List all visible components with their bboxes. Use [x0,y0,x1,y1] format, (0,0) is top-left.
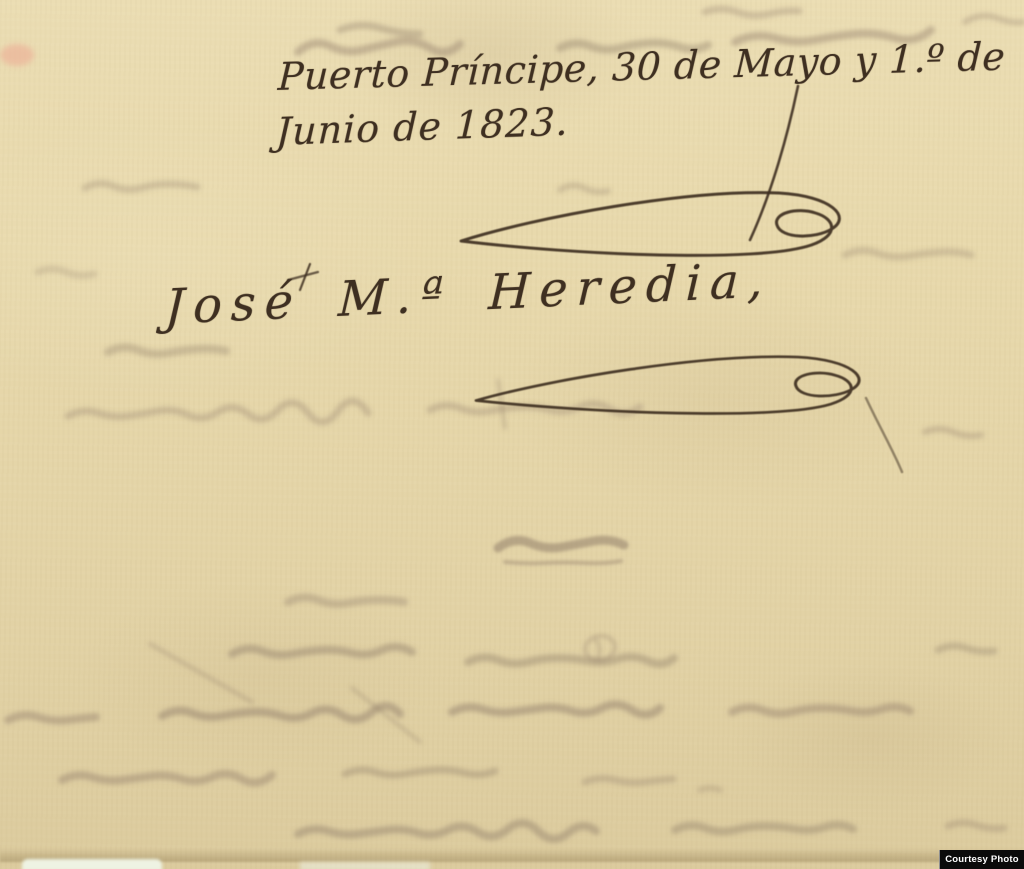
pen-slash-stroke [750,86,798,240]
descender-stroke [866,398,902,472]
manuscript-photo: Puerto Príncipe, 30 de Mayo y 1.º de Jun… [0,0,1024,869]
rubric-flourish-top [461,193,839,256]
courtesy-photo-label: Courtesy Photo [945,854,1019,865]
courtesy-photo-watermark: Courtesy Photo [939,850,1024,869]
rubric-flourish-bottom [476,357,859,414]
